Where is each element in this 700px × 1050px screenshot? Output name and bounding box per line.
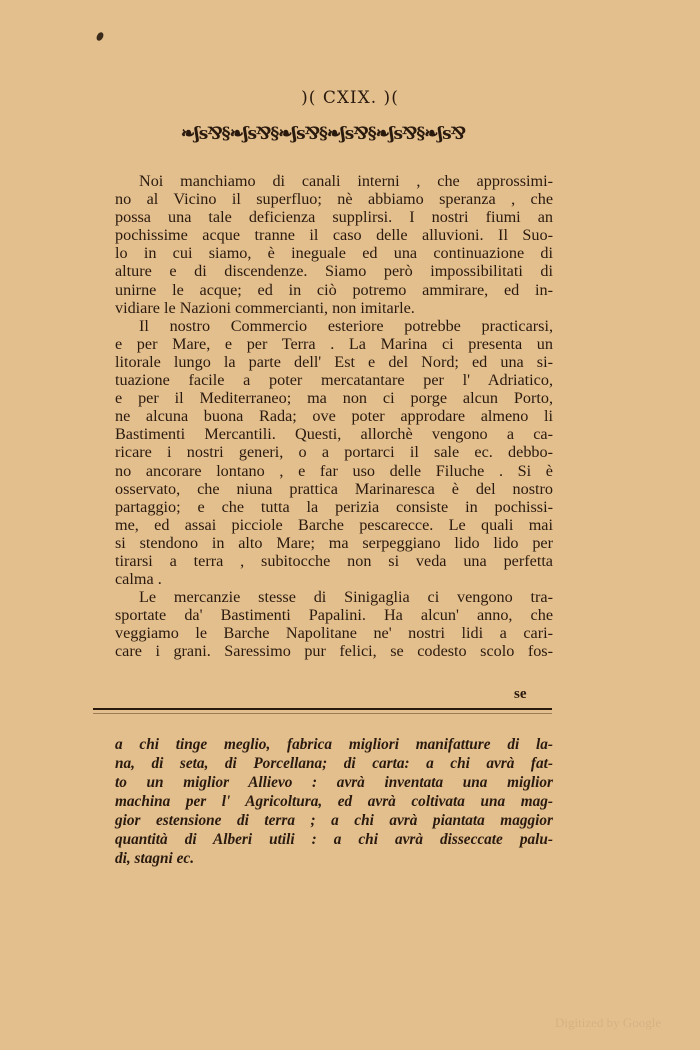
digitized-watermark: Digitized by Google bbox=[555, 1015, 661, 1031]
text-line: e per il Mediterraneo; ma non ci porge a… bbox=[115, 389, 553, 407]
catchword: se bbox=[514, 686, 527, 703]
footnote-rule-thin bbox=[93, 713, 552, 714]
footnote-rule bbox=[93, 708, 552, 710]
text-line: no al Vicino il superfluo; nè abbiamo sp… bbox=[115, 190, 553, 208]
text-line: alture e di discendenze. Siamo però impo… bbox=[115, 262, 553, 280]
text-line: ricare i nostri generi, o a portarci il … bbox=[115, 443, 553, 461]
text-line: tirarsi a terra , subitocche non si veda… bbox=[115, 552, 553, 570]
text-line: Il nostro Commercio esteriore potrebbe p… bbox=[115, 317, 553, 335]
text-line: lo in cui siamo, è ineguale ed una conti… bbox=[115, 244, 553, 262]
text-line: Bastimenti Mercantili. Questi, allorchè … bbox=[115, 425, 553, 443]
text-line: me, ed assai picciole Barche pescarecce.… bbox=[115, 516, 553, 534]
text-line: pochissime acque tranne il caso delle al… bbox=[115, 226, 553, 244]
footnote-line: a chi tinge meglio, fabrica migliori man… bbox=[115, 735, 553, 754]
decorative-ornament-band: ❧ʃs⅋§❧ʃs⅋§❧ʃs⅋§❧ʃs⅋§❧ʃs⅋§❧ʃs⅋ bbox=[93, 124, 553, 144]
footnote-line: to un miglior Allievo : avrà inventata u… bbox=[115, 773, 553, 792]
text-line: possa una tale deficienza supplirsi. I n… bbox=[115, 208, 553, 226]
text-line: veggiamo le Barche Napolitane ne' nostri… bbox=[115, 624, 553, 642]
footnote-line: di, stagni ec. bbox=[115, 849, 553, 868]
text-line: sportate da' Bastimenti Papalini. Ha alc… bbox=[115, 606, 553, 624]
ink-speck bbox=[95, 31, 105, 42]
footnote-line: quantità di Alberi utili : a chi avrà di… bbox=[115, 830, 553, 849]
footnote-line: machina per l' Agricoltura, ed avrà colt… bbox=[115, 792, 553, 811]
text-line: no ancorare lontano , e far uso delle Fi… bbox=[115, 462, 553, 480]
text-line: calma . bbox=[115, 570, 553, 588]
main-text: Noi manchiamo di canali interni , che ap… bbox=[115, 172, 553, 661]
text-line: unirne le acque; ed in ciò potremo ammir… bbox=[115, 281, 553, 299]
text-line: tuazione facile a poter mercatantare per… bbox=[115, 371, 553, 389]
text-line: Noi manchiamo di canali interni , che ap… bbox=[115, 172, 553, 190]
footnote-text: a chi tinge meglio, fabrica migliori man… bbox=[115, 735, 553, 868]
text-line: vidiare le Nazioni commercianti, non imi… bbox=[115, 299, 553, 317]
page-number-header: )( CXIX. )( bbox=[0, 88, 700, 108]
text-line: osservato, che niuna prattica Marinaresc… bbox=[115, 480, 553, 498]
text-line: partaggio; e che tutta la perizia consis… bbox=[115, 498, 553, 516]
text-line: litorale lungo la parte dell' Est e del … bbox=[115, 353, 553, 371]
text-line: ne alcuna buona Rada; ove poter approdar… bbox=[115, 407, 553, 425]
footnote-line: na, di seta, di Porcellana; di carta: a … bbox=[115, 754, 553, 773]
text-line: si stendono in alto Mare; ma serpeggiano… bbox=[115, 534, 553, 552]
text-line: Le mercanzie stesse di Sinigaglia ci ven… bbox=[115, 588, 553, 606]
footnote-line: gior estensione di terra ; a chi avrà pi… bbox=[115, 811, 553, 830]
text-line: e per Mare, e per Terra . La Marina ci p… bbox=[115, 335, 553, 353]
text-line: care i grani. Saressimo pur felici, se c… bbox=[115, 642, 553, 660]
